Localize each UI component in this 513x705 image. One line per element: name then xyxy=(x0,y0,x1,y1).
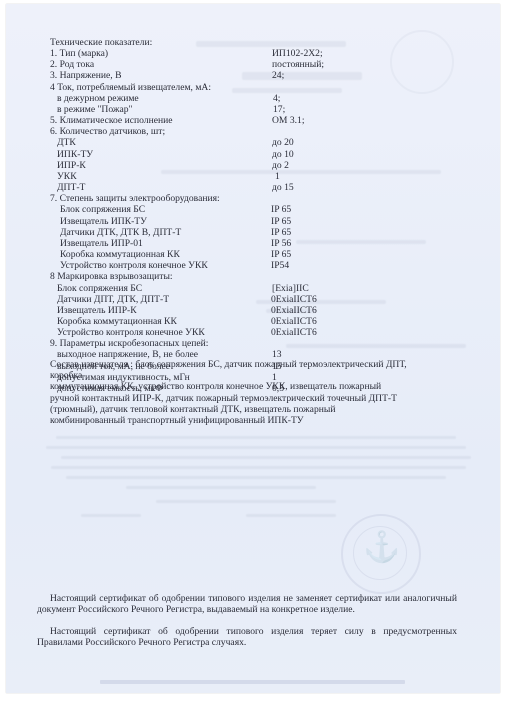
spec-value: IP54 xyxy=(271,260,289,271)
spec-label: 4 Ток, потребляемый извещателем, мА: xyxy=(50,82,211,93)
anchor-icon: ⚓ xyxy=(363,530,400,565)
spec-label: ИПР-К xyxy=(57,160,86,171)
spec-label: 9. Параметры искробезопасных цепей: xyxy=(50,338,208,349)
spec-value: IP 56 xyxy=(271,238,291,249)
faint-emblem-ring xyxy=(390,30,454,94)
spec-label: ДПТ-Т xyxy=(57,182,85,193)
spec-label: в режиме "Пожар" xyxy=(57,104,132,115)
ghost-text-line xyxy=(51,466,466,469)
ghost-text-line xyxy=(156,500,336,503)
spec-label: Устройство контроля конечное УКК xyxy=(57,327,205,338)
footer-paragraph-not-replace: Настоящий сертификат об одобрении типово… xyxy=(37,593,457,615)
ghost-text-line xyxy=(81,514,141,517)
spec-value: [Exia]IIC xyxy=(272,283,309,294)
spec-label: Датчики ДТК, ДТК В, ДПТ-Т xyxy=(60,227,181,238)
spec-value: ИП102-2Х2; xyxy=(272,48,323,59)
specs-heading: Технические показатели: xyxy=(50,37,152,48)
spec-label: Извещатель ИПР-К xyxy=(57,305,137,316)
spec-label: Блок сопряжения БС xyxy=(57,283,142,294)
spec-value: IP 65 xyxy=(271,204,291,215)
spec-label: 3. Напряжение, В xyxy=(50,70,121,81)
spec-label: УКК xyxy=(57,171,77,182)
spec-value: 24; xyxy=(272,70,284,81)
spec-label: Устройство контроля конечное УКК xyxy=(60,260,208,271)
spec-value: 17; xyxy=(273,104,285,115)
footer-paragraph-validity: Настоящий сертификат об одобрении типово… xyxy=(37,626,457,648)
ghost-text-line xyxy=(296,240,426,244)
spec-label: 5. Климатическое исполнение xyxy=(50,115,172,126)
spec-label: Извещатель ИПР-01 xyxy=(60,238,143,249)
ghost-text-line xyxy=(56,436,456,439)
spec-label: ДТК xyxy=(57,137,76,148)
spec-value: 0ExiaIICT6 xyxy=(271,305,317,316)
ghost-text-line xyxy=(242,72,362,80)
spec-label: 2. Род тока xyxy=(50,59,94,70)
ghost-text-line xyxy=(66,476,446,479)
spec-value: 4; xyxy=(273,93,280,104)
spec-value: до 15 xyxy=(272,182,294,193)
spec-value: до 2 xyxy=(272,160,289,171)
spec-value: IP 65 xyxy=(271,249,291,260)
ghost-text-line xyxy=(286,344,466,348)
spec-label: Коробка коммутационная КК xyxy=(57,316,177,327)
spec-label: Извещатель ИПК-ТУ xyxy=(60,216,147,227)
spec-value: 0ExiaIICT6 xyxy=(271,327,317,338)
ghost-text-line xyxy=(126,486,316,489)
spec-label: 7. Степень защиты электрооборудования: xyxy=(50,193,220,204)
ghost-text-line xyxy=(232,88,342,93)
spec-value: 0ExiaIICT6 xyxy=(271,294,317,305)
ghost-text-line xyxy=(46,446,466,449)
ghost-text-line xyxy=(246,514,336,517)
printer-imprint-line xyxy=(100,680,405,684)
ghost-text-line xyxy=(61,456,471,459)
spec-label: 8 Маркировка взрывозащиты: xyxy=(50,271,173,282)
spec-value: постоянный; xyxy=(272,59,324,70)
spec-value: 0ExiaIICT6 xyxy=(271,316,317,327)
spec-label: ИПК-ТУ xyxy=(57,149,93,160)
spec-value: ОМ 3.1; xyxy=(272,115,305,126)
spec-value: до 10 xyxy=(272,149,294,160)
spec-label: 1. Тип (марка) xyxy=(50,48,108,59)
device-composition-paragraph: Состав извещателя : блок сопряжения БС, … xyxy=(50,359,440,426)
spec-label: Датчики ДПТ, ДТК, ДПТ-Т xyxy=(57,294,169,305)
spec-label: Блок сопряжения БС xyxy=(60,204,145,215)
spec-value: IP 65 xyxy=(271,227,291,238)
spec-value: до 20 xyxy=(272,137,294,148)
ghost-text-line xyxy=(196,41,346,47)
spec-label: Коробка коммутационная КК xyxy=(60,249,180,260)
ghost-text-line xyxy=(161,170,441,174)
spec-value: IP 65 xyxy=(271,216,291,227)
spec-label: 6. Количество датчиков, шт; xyxy=(50,126,165,137)
spec-value: 1 xyxy=(275,171,280,182)
spec-label: в дежурном режиме xyxy=(57,93,139,104)
